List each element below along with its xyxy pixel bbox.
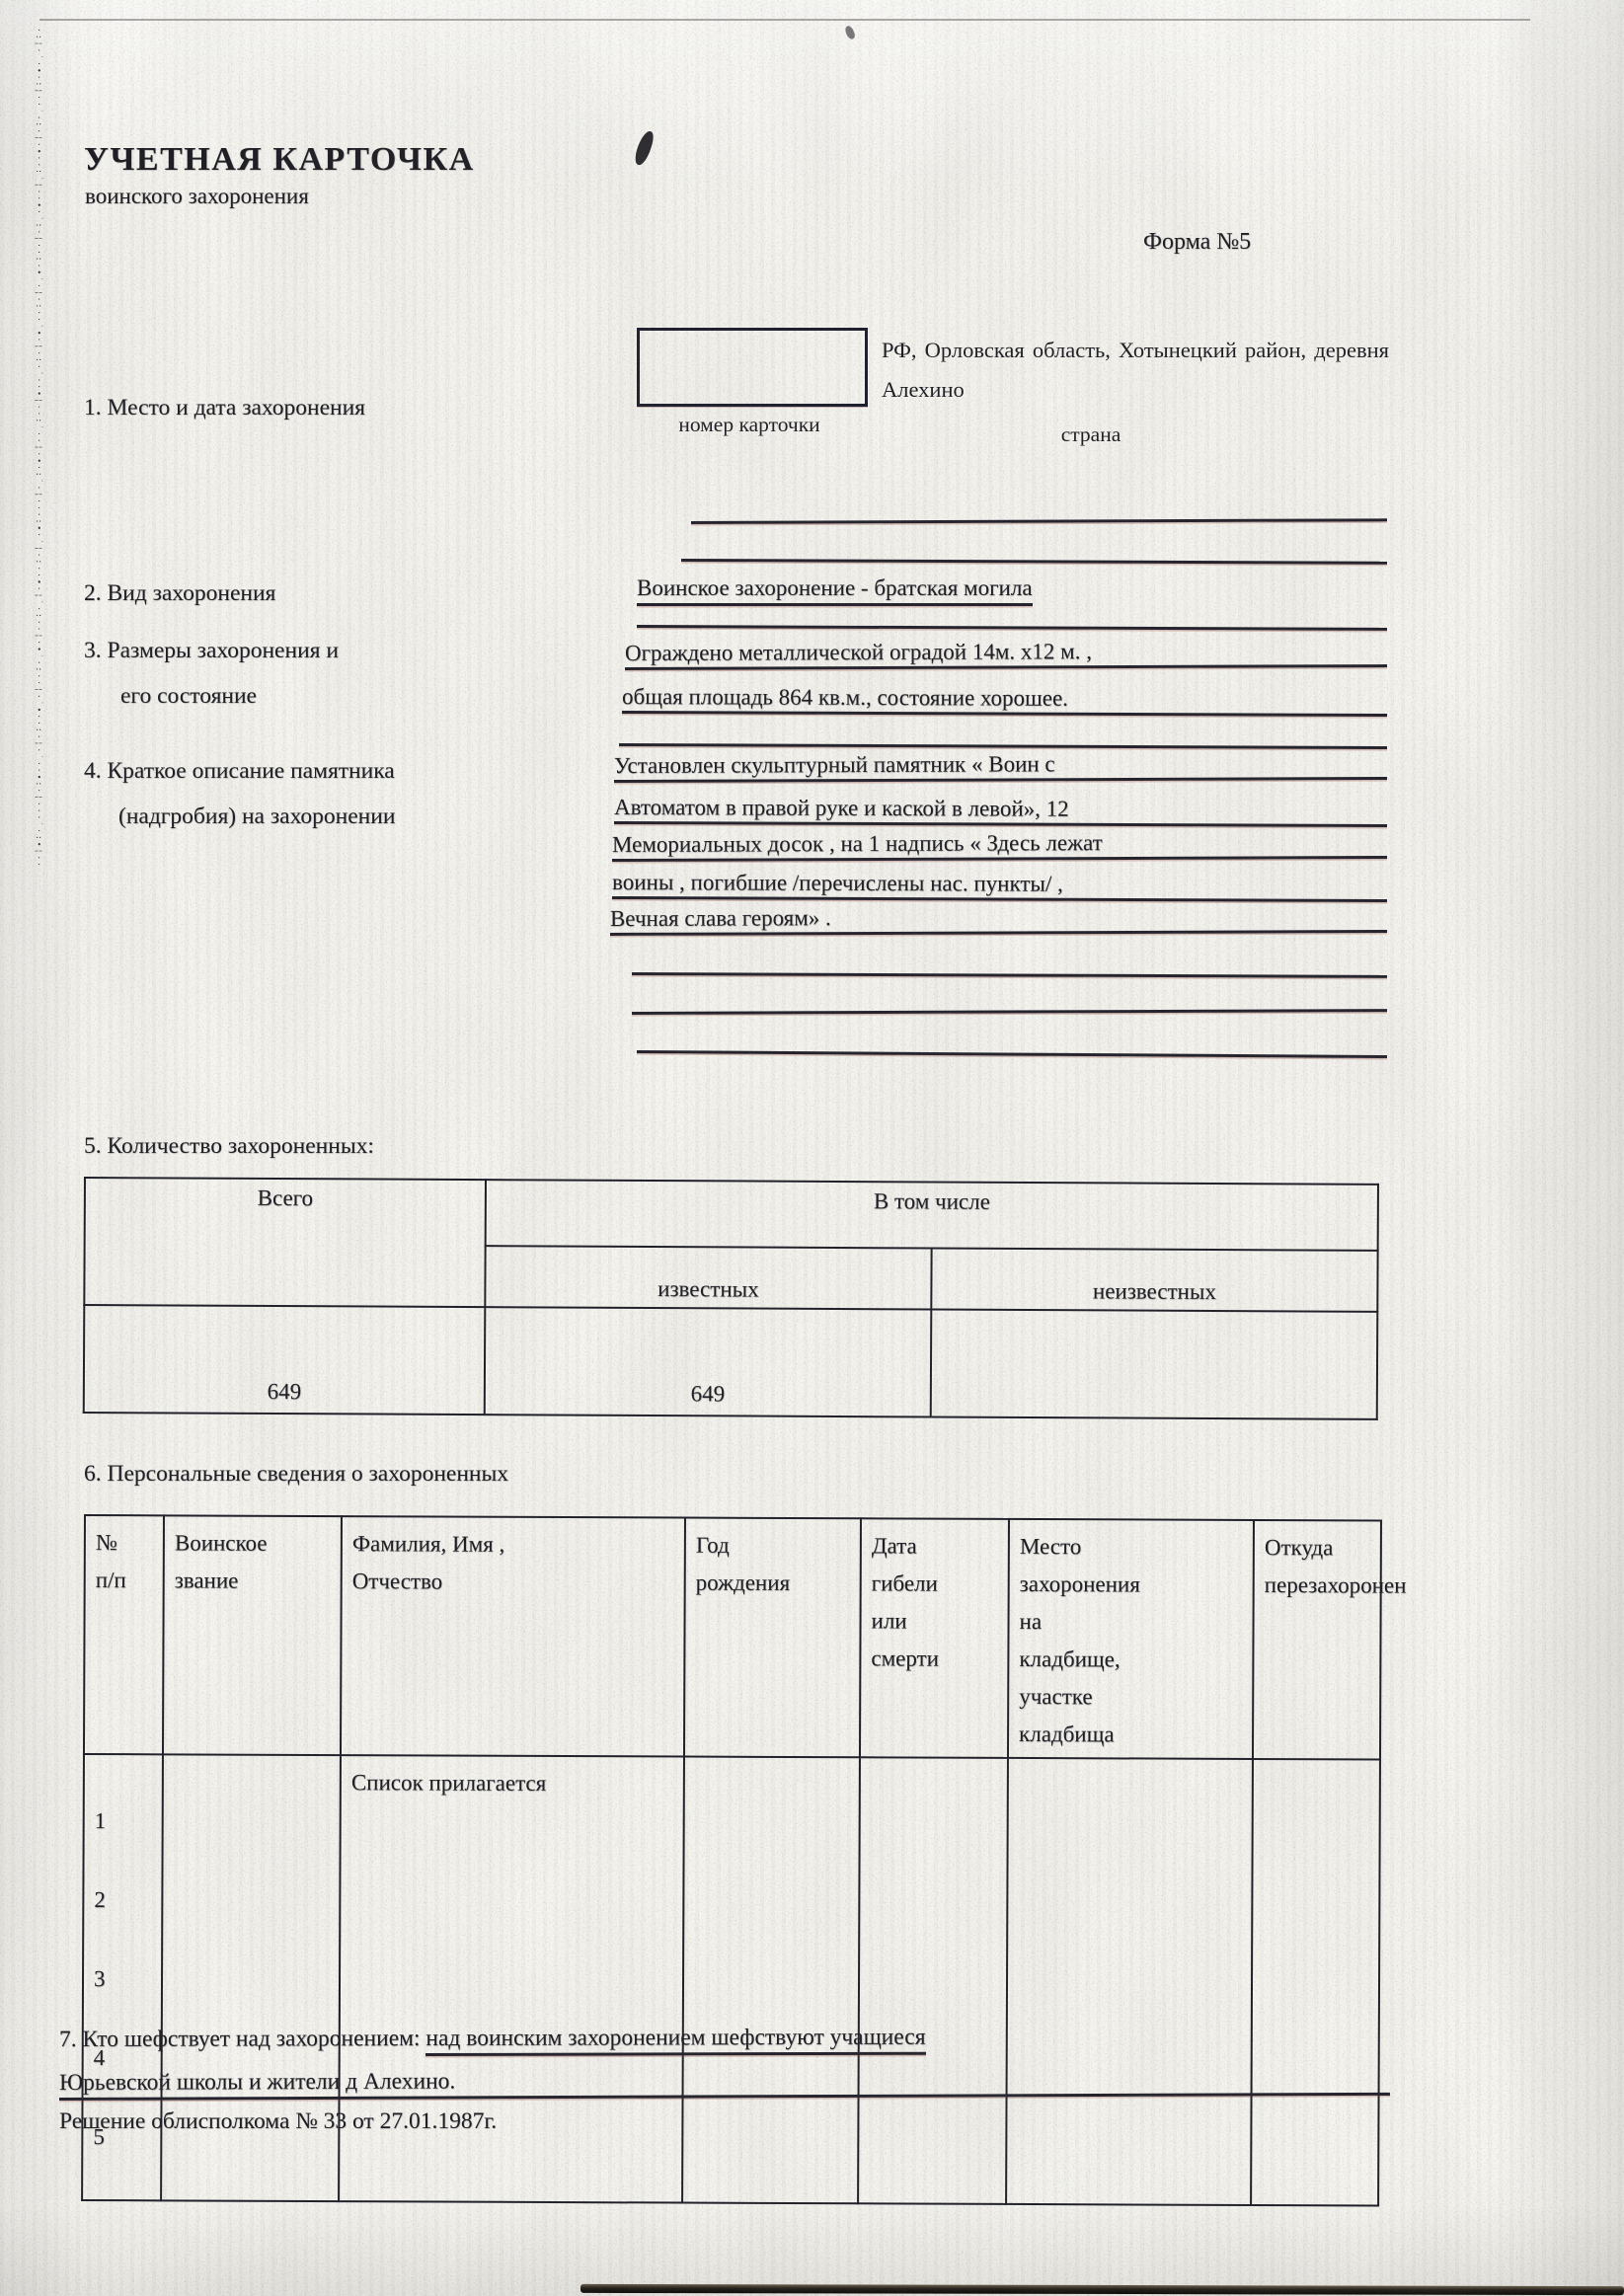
section7-line1: 7. Кто шефствует над захоронением: над в… bbox=[59, 2025, 926, 2053]
burial-location-text: РФ, Орловская область, Хотынецкий район,… bbox=[882, 331, 1389, 410]
col-header-known: известных bbox=[485, 1246, 931, 1309]
section7-label: 7. Кто шефствует над захоронением: bbox=[59, 2026, 426, 2052]
name-cell: Список прилагается bbox=[339, 1755, 684, 2202]
col-header-reburied-from: Откуда перезахоронен bbox=[1253, 1520, 1381, 1760]
patronage-text-part2: Юрьевской школы и жители д Алехино. bbox=[59, 2068, 455, 2098]
form-title: УЧЕТНАЯ КАРТОЧКА bbox=[84, 141, 475, 179]
ruled-line-blank bbox=[637, 589, 1387, 631]
scan-top-hairline bbox=[39, 19, 1530, 21]
reburied-from-cell bbox=[1251, 1759, 1380, 2206]
monument-desc-text: Установлен скульптурный памятник « Воин … bbox=[614, 751, 1055, 780]
form-subtitle: воинского захоронения bbox=[85, 184, 309, 209]
col-header-birth-year: Год рождения bbox=[684, 1518, 861, 1758]
grave-place-cell bbox=[1006, 1758, 1253, 2205]
form-number-label: Форма №5 bbox=[1143, 229, 1251, 256]
birth-year-cell bbox=[682, 1757, 860, 2204]
ruled-line-blank bbox=[637, 1015, 1387, 1058]
section4-value-line: Вечная слава героям» . bbox=[610, 894, 1387, 936]
card-number-caption: номер карточки bbox=[632, 413, 867, 437]
death-date-cell bbox=[858, 1757, 1008, 2204]
known-count-value: 649 bbox=[485, 1307, 932, 1416]
section4-label-line1: 4. Краткое описание памятника bbox=[84, 758, 395, 785]
row-number: 1 bbox=[95, 1800, 154, 1842]
col-header-death-date: Дата гибели или смерти bbox=[860, 1518, 1009, 1758]
decision-reference: Решение облисполкома № 33 от 27.01.1987г… bbox=[59, 2108, 497, 2135]
section4-value-line: Установлен скульптурный памятник « Воин … bbox=[614, 741, 1387, 783]
section2-label: 2. Вид захоронения bbox=[84, 580, 275, 607]
country-caption: страна bbox=[992, 422, 1190, 447]
ruled-line-blank bbox=[632, 937, 1387, 978]
total-count-value: 649 bbox=[84, 1305, 486, 1415]
ink-smudge bbox=[843, 25, 857, 40]
col-header-row-number: № п/п bbox=[84, 1515, 164, 1754]
section5-heading: 5. Количество захороненных: bbox=[84, 1133, 374, 1160]
section1-label: 1. Место и дата захоронения bbox=[84, 395, 365, 421]
col-header-grave-place: Место захоронения на кладбище, участке к… bbox=[1008, 1519, 1254, 1759]
unknown-count-value bbox=[931, 1309, 1378, 1418]
section4-label-line2: (надгробия) на захоронении bbox=[118, 804, 395, 830]
ruled-line-blank bbox=[632, 973, 1387, 1015]
monument-desc-text: Автоматом в правой руке и каской в левой… bbox=[614, 795, 1069, 823]
col-header-name: Фамилия, Имя , Отчество bbox=[341, 1516, 685, 1756]
monument-desc-text: воины , погибшие /перечислены нас. пункт… bbox=[612, 870, 1063, 898]
ink-smudge bbox=[633, 129, 656, 167]
burial-count-table: Всего В том числе известных неизвестных … bbox=[84, 1177, 1379, 1414]
section3-value-line: Ограждено металлической оградой 14м. х12… bbox=[625, 629, 1387, 670]
section3-label-line1: 3. Размеры захоронения и bbox=[84, 638, 339, 664]
ruled-line-blank bbox=[691, 483, 1387, 524]
row-number: 3 bbox=[94, 1958, 153, 2000]
section3-label-line2: его состояние bbox=[120, 683, 257, 710]
col-header-rank: Воинское звание bbox=[163, 1515, 342, 1755]
fence-size-text: Ограждено металлической оградой 14м. х12… bbox=[625, 639, 1092, 667]
patronage-text-part1: над воинским захоронением шефствуют учащ… bbox=[425, 2025, 925, 2056]
left-edge-scan-marks: ·:¦·˙·∙·:¦··˙·:·¦·∙··:˙¦··∙·˙:·¦··:·∙˙·¦… bbox=[30, 28, 43, 1380]
ruled-line-blank bbox=[681, 523, 1387, 565]
col-header-unknown: неизвестных bbox=[931, 1248, 1377, 1311]
section7-line2: Юрьевской школы и жители д Алехино. bbox=[59, 2057, 1390, 2101]
monument-desc-text: Вечная слава героям» . bbox=[610, 905, 831, 933]
scanned-burial-card: ·:¦·˙·∙·:¦··˙·:·¦·∙··:˙¦··∙·˙:·¦··:·∙˙·¦… bbox=[0, 0, 1624, 2296]
col-header-including: В том числе bbox=[486, 1180, 1378, 1251]
row-number: 2 bbox=[94, 1879, 153, 1921]
monument-desc-text: Мемориальных досок , на 1 надпись « Здес… bbox=[612, 830, 1103, 859]
scanner-edge-shadow bbox=[580, 2284, 1624, 2295]
card-number-box bbox=[637, 328, 868, 407]
section6-heading: 6. Персональные сведения о захороненных bbox=[84, 1461, 508, 1488]
section4-value-line: Мемориальных досок , на 1 надпись « Здес… bbox=[612, 820, 1387, 862]
col-header-total: Всего bbox=[84, 1178, 486, 1307]
